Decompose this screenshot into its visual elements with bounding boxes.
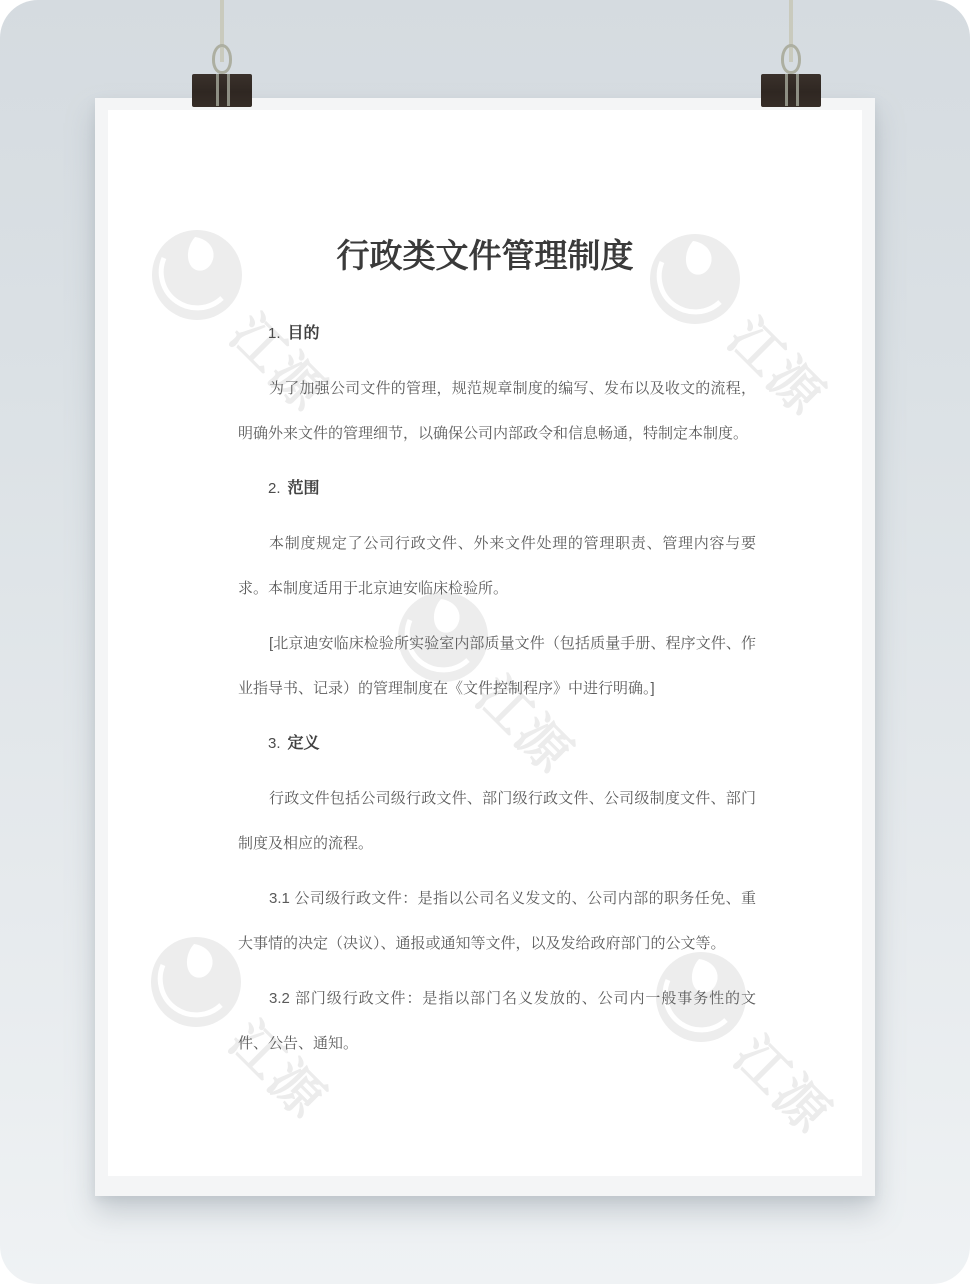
section-heading: 3.定义 — [238, 721, 756, 766]
paragraph: 3.2 部门级行政文件：是指以部门名义发放的、公司内一般事务性的文件、公告、通知… — [238, 976, 756, 1066]
section-title: 定义 — [288, 735, 320, 752]
binder-clip-right — [761, 44, 821, 108]
paragraph: [北京迪安临床检验所实验室内部质量文件（包括质量手册、程序文件、作业指导书、记录… — [238, 621, 756, 711]
section-heading: 1.目的 — [238, 311, 756, 356]
paragraph: 为了加强公司文件的管理，规范规章制度的编写、发布以及收文的流程，明确外来文件的管… — [238, 366, 756, 456]
clip-wire-loop-icon — [212, 44, 232, 74]
clip-wire-loop-icon — [781, 44, 801, 74]
paper-page: 江源 江源 江源 — [108, 110, 862, 1176]
clip-wire-prong — [216, 74, 219, 106]
paragraph: 行政文件包括公司级行政文件、部门级行政文件、公司级制度文件、部门制度及相应的流程… — [238, 776, 756, 866]
paragraph: 本制度规定了公司行政文件、外来文件处理的管理职责、管理内容与要求。本制度适用于北… — [238, 521, 756, 611]
clip-body — [192, 74, 252, 107]
document-body: 1.目的为了加强公司文件的管理，规范规章制度的编写、发布以及收文的流程，明确外来… — [238, 311, 756, 1066]
paragraph: 3.1 公司级行政文件：是指以公司名义发文的、公司内部的职务任免、重大事情的决定… — [238, 876, 756, 966]
binder-clip-left — [192, 44, 252, 108]
section-title: 目的 — [288, 325, 320, 342]
section-number: 2. — [268, 480, 281, 497]
clip-body — [761, 74, 821, 107]
section-number: 1. — [268, 325, 281, 342]
document-title: 行政类文件管理制度 — [108, 234, 862, 278]
section-heading: 2.范围 — [238, 466, 756, 511]
document: 行政类文件管理制度 1.目的为了加强公司文件的管理，规范规章制度的编写、发布以及… — [108, 110, 862, 1076]
poster-mockup-scene: 江源 江源 江源 — [0, 0, 970, 1284]
paper-sheet: 江源 江源 江源 — [95, 98, 875, 1196]
section-title: 范围 — [288, 480, 320, 497]
section-number: 3. — [268, 735, 281, 752]
clip-wire-prong — [796, 74, 799, 106]
clip-wire-prong — [227, 74, 230, 106]
clip-wire-prong — [785, 74, 788, 106]
